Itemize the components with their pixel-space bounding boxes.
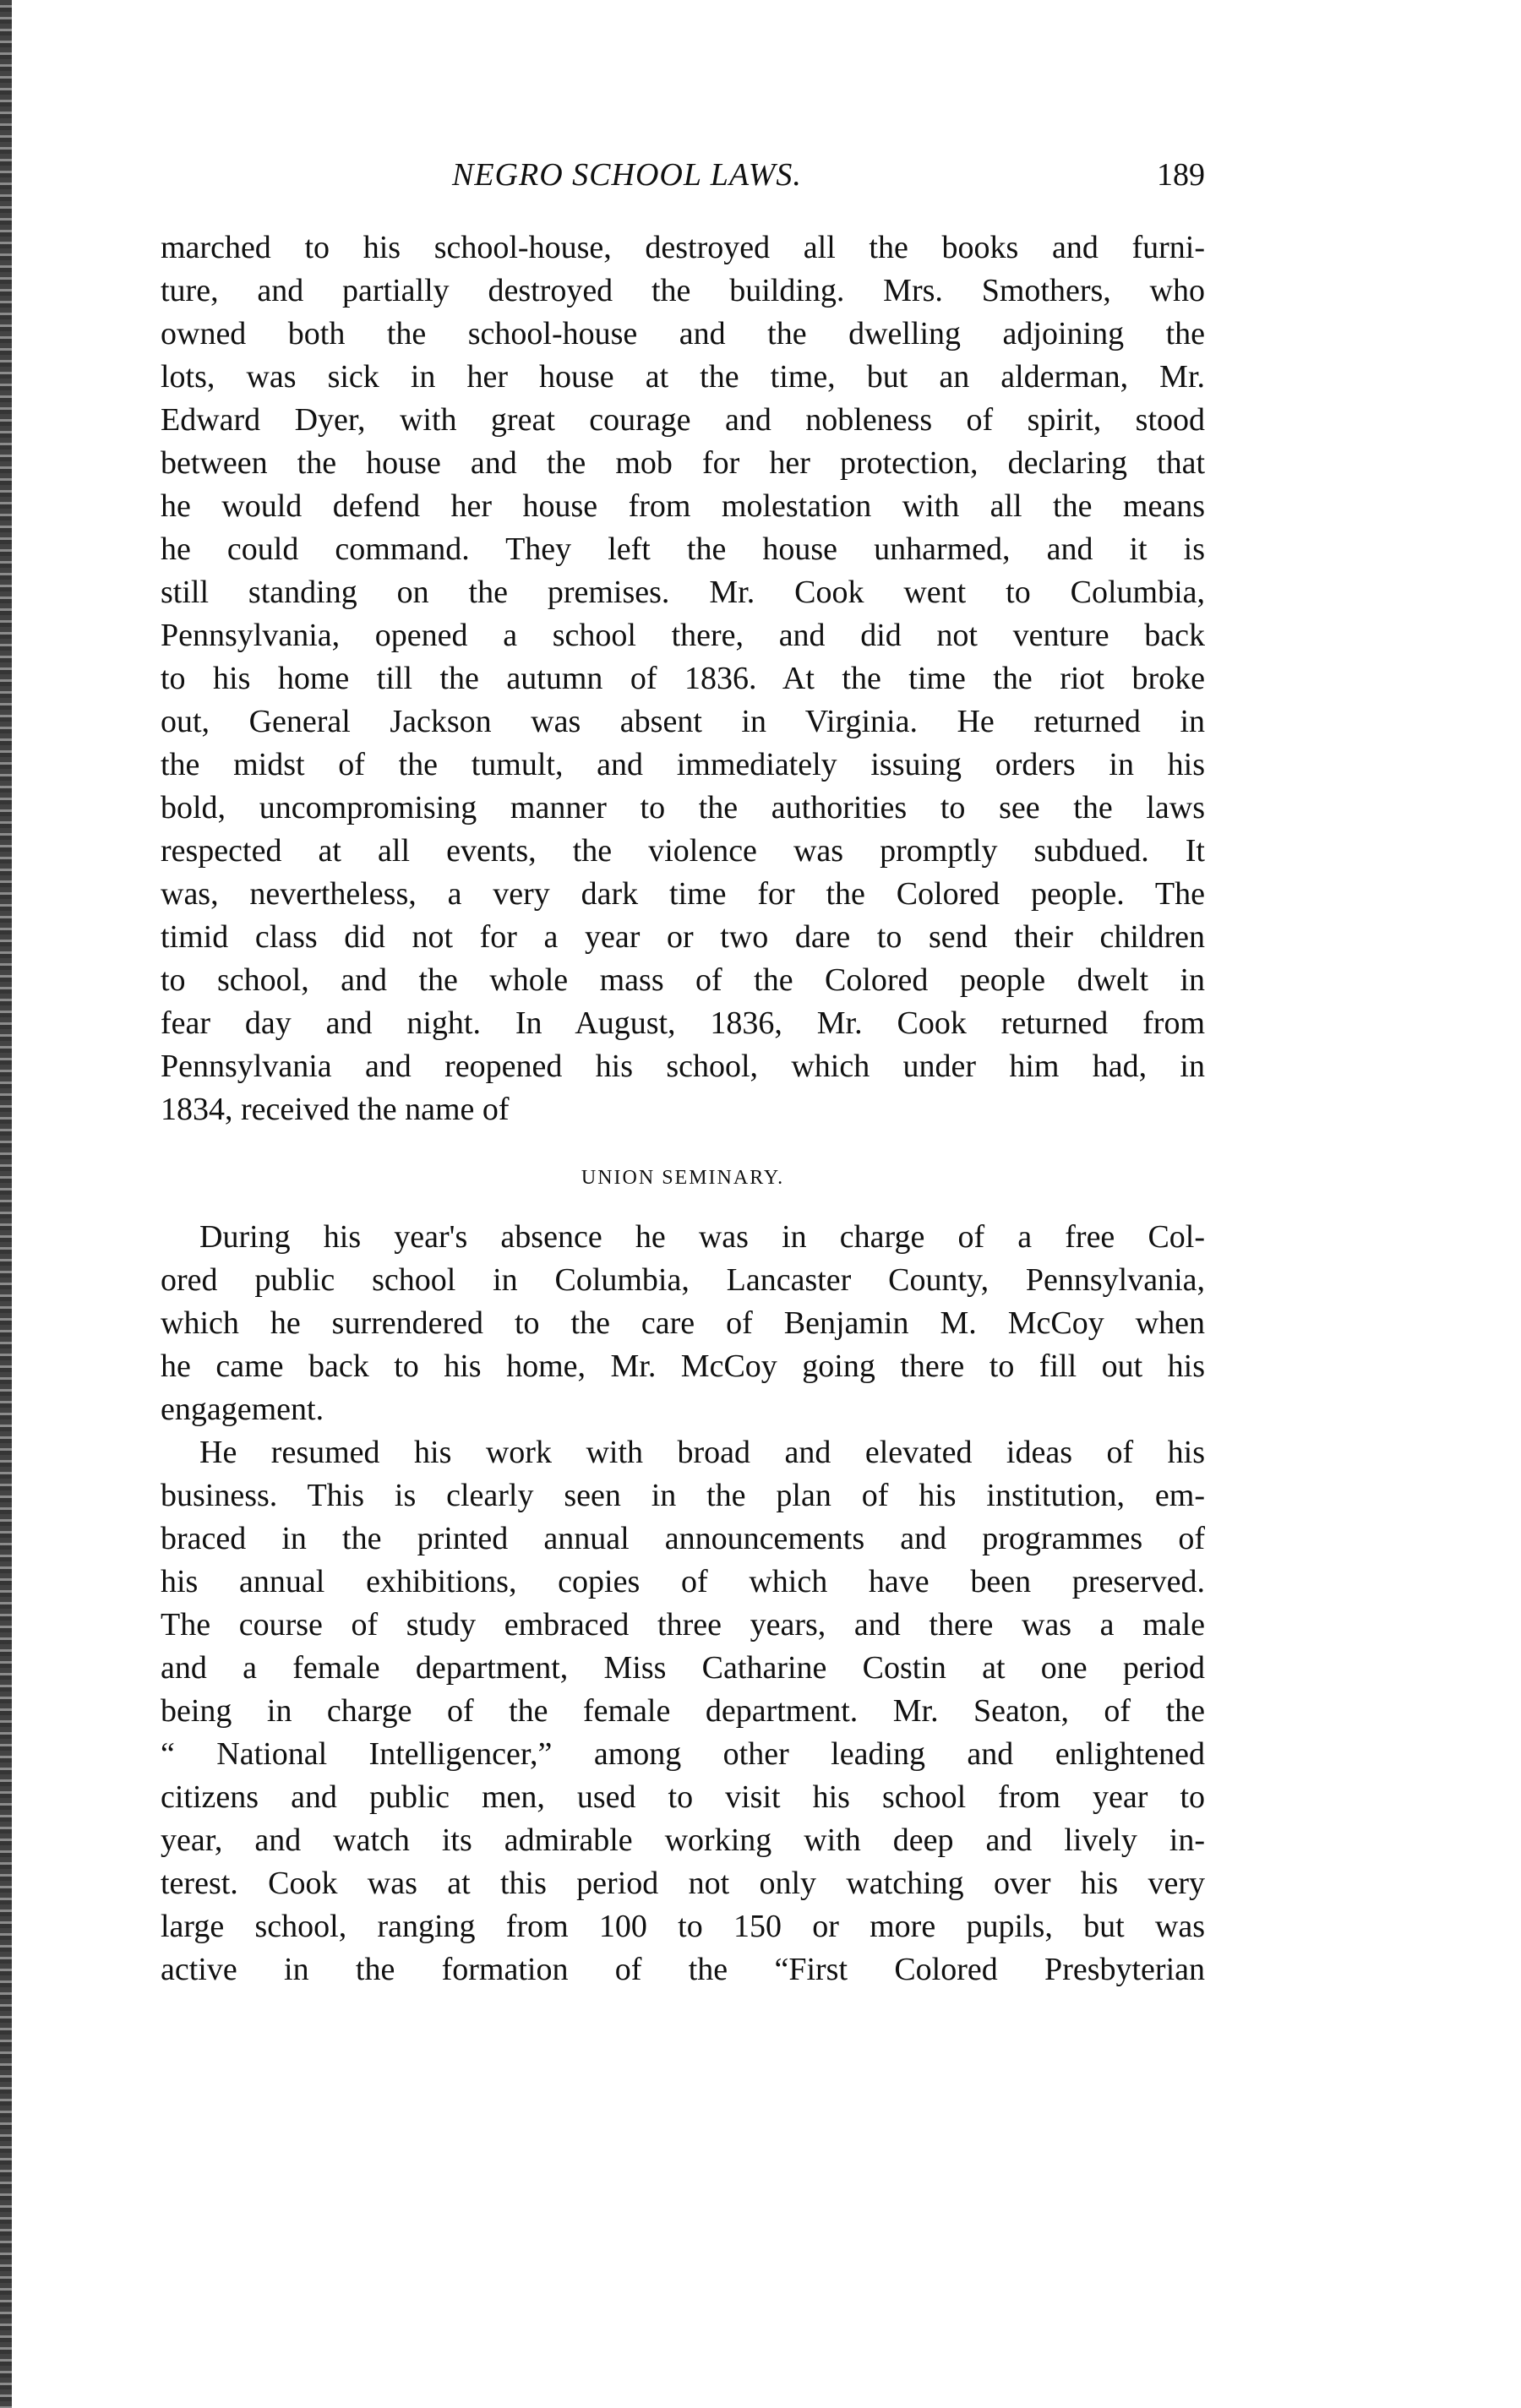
text-line: was, nevertheless, a very dark time for … — [161, 873, 1205, 916]
text-line: braced in the printed annual announcemen… — [161, 1517, 1205, 1561]
text-line: He resumed his work with broad and eleva… — [161, 1431, 1205, 1474]
text-line: lots, was sick in her house at the time,… — [161, 356, 1205, 399]
text-line: being in charge of the female department… — [161, 1690, 1205, 1733]
text-line: large school, ranging from 100 to 150 or… — [161, 1905, 1205, 1948]
text-line: owned both the school-house and the dwel… — [161, 313, 1205, 356]
text-line: he could command. They left the house un… — [161, 528, 1205, 571]
text-line: which he surrendered to the care of Benj… — [161, 1302, 1205, 1345]
text-line: fear day and night. In August, 1836, Mr.… — [161, 1002, 1205, 1045]
text-line: active in the formation of the “First Co… — [161, 1948, 1205, 1991]
text-line: he would defend her house from molestati… — [161, 485, 1205, 528]
text-line: respected at all events, the violence wa… — [161, 830, 1205, 873]
page-number: 189 — [1157, 156, 1205, 193]
text-line: out, General Jackson was absent in Virgi… — [161, 700, 1205, 744]
text-line: ored public school in Columbia, Lancaste… — [161, 1259, 1205, 1302]
page-header: NEGRO SCHOOL LAWS. 189 — [161, 156, 1205, 199]
text-line: citizens and public men, used to visit h… — [161, 1776, 1205, 1819]
paragraph-3: He resumed his work with broad and eleva… — [161, 1431, 1205, 1991]
book-spine-edge — [0, 0, 12, 2408]
text-line: his annual exhibitions, copies of which … — [161, 1561, 1205, 1604]
text-line: business. This is clearly seen in the pl… — [161, 1474, 1205, 1517]
page-body: marched to his school-house, destroyed a… — [161, 226, 1205, 1991]
text-line: Edward Dyer, with great courage and nobl… — [161, 399, 1205, 442]
text-line: he came back to his home, Mr. McCoy goin… — [161, 1345, 1205, 1388]
section-heading: UNION SEMINARY. — [161, 1131, 1205, 1199]
text-line: to school, and the whole mass of the Col… — [161, 959, 1205, 1002]
paragraph-1: marched to his school-house, destroyed a… — [161, 226, 1205, 1131]
text-line: ture, and partially destroyed the buildi… — [161, 270, 1205, 313]
text-line: “ National Intelligencer,” among other l… — [161, 1733, 1205, 1776]
text-line: The course of study embraced three years… — [161, 1604, 1205, 1647]
text-line: to his home till the autumn of 1836. At … — [161, 657, 1205, 700]
text-line: 1834, received the name of — [161, 1088, 1205, 1131]
running-title: NEGRO SCHOOL LAWS. — [452, 156, 802, 193]
text-line: year, and watch its admirable working wi… — [161, 1819, 1205, 1862]
text-line: bold, uncompromising manner to the autho… — [161, 787, 1205, 830]
paragraph-2: During his year's absence he was in char… — [161, 1216, 1205, 1431]
text-line: marched to his school-house, destroyed a… — [161, 226, 1205, 270]
text-line: the midst of the tumult, and immediately… — [161, 744, 1205, 787]
text-line: and a female department, Miss Catharine … — [161, 1647, 1205, 1690]
text-line: During his year's absence he was in char… — [161, 1216, 1205, 1259]
text-line: still standing on the premises. Mr. Cook… — [161, 571, 1205, 614]
text-line: engagement. — [161, 1388, 1205, 1431]
text-line: between the house and the mob for her pr… — [161, 442, 1205, 485]
text-line: Pennsylvania, opened a school there, and… — [161, 614, 1205, 657]
text-line: timid class did not for a year or two da… — [161, 916, 1205, 959]
text-line: terest. Cook was at this period not only… — [161, 1862, 1205, 1905]
text-line: Pennsylvania and reopened his school, wh… — [161, 1045, 1205, 1088]
